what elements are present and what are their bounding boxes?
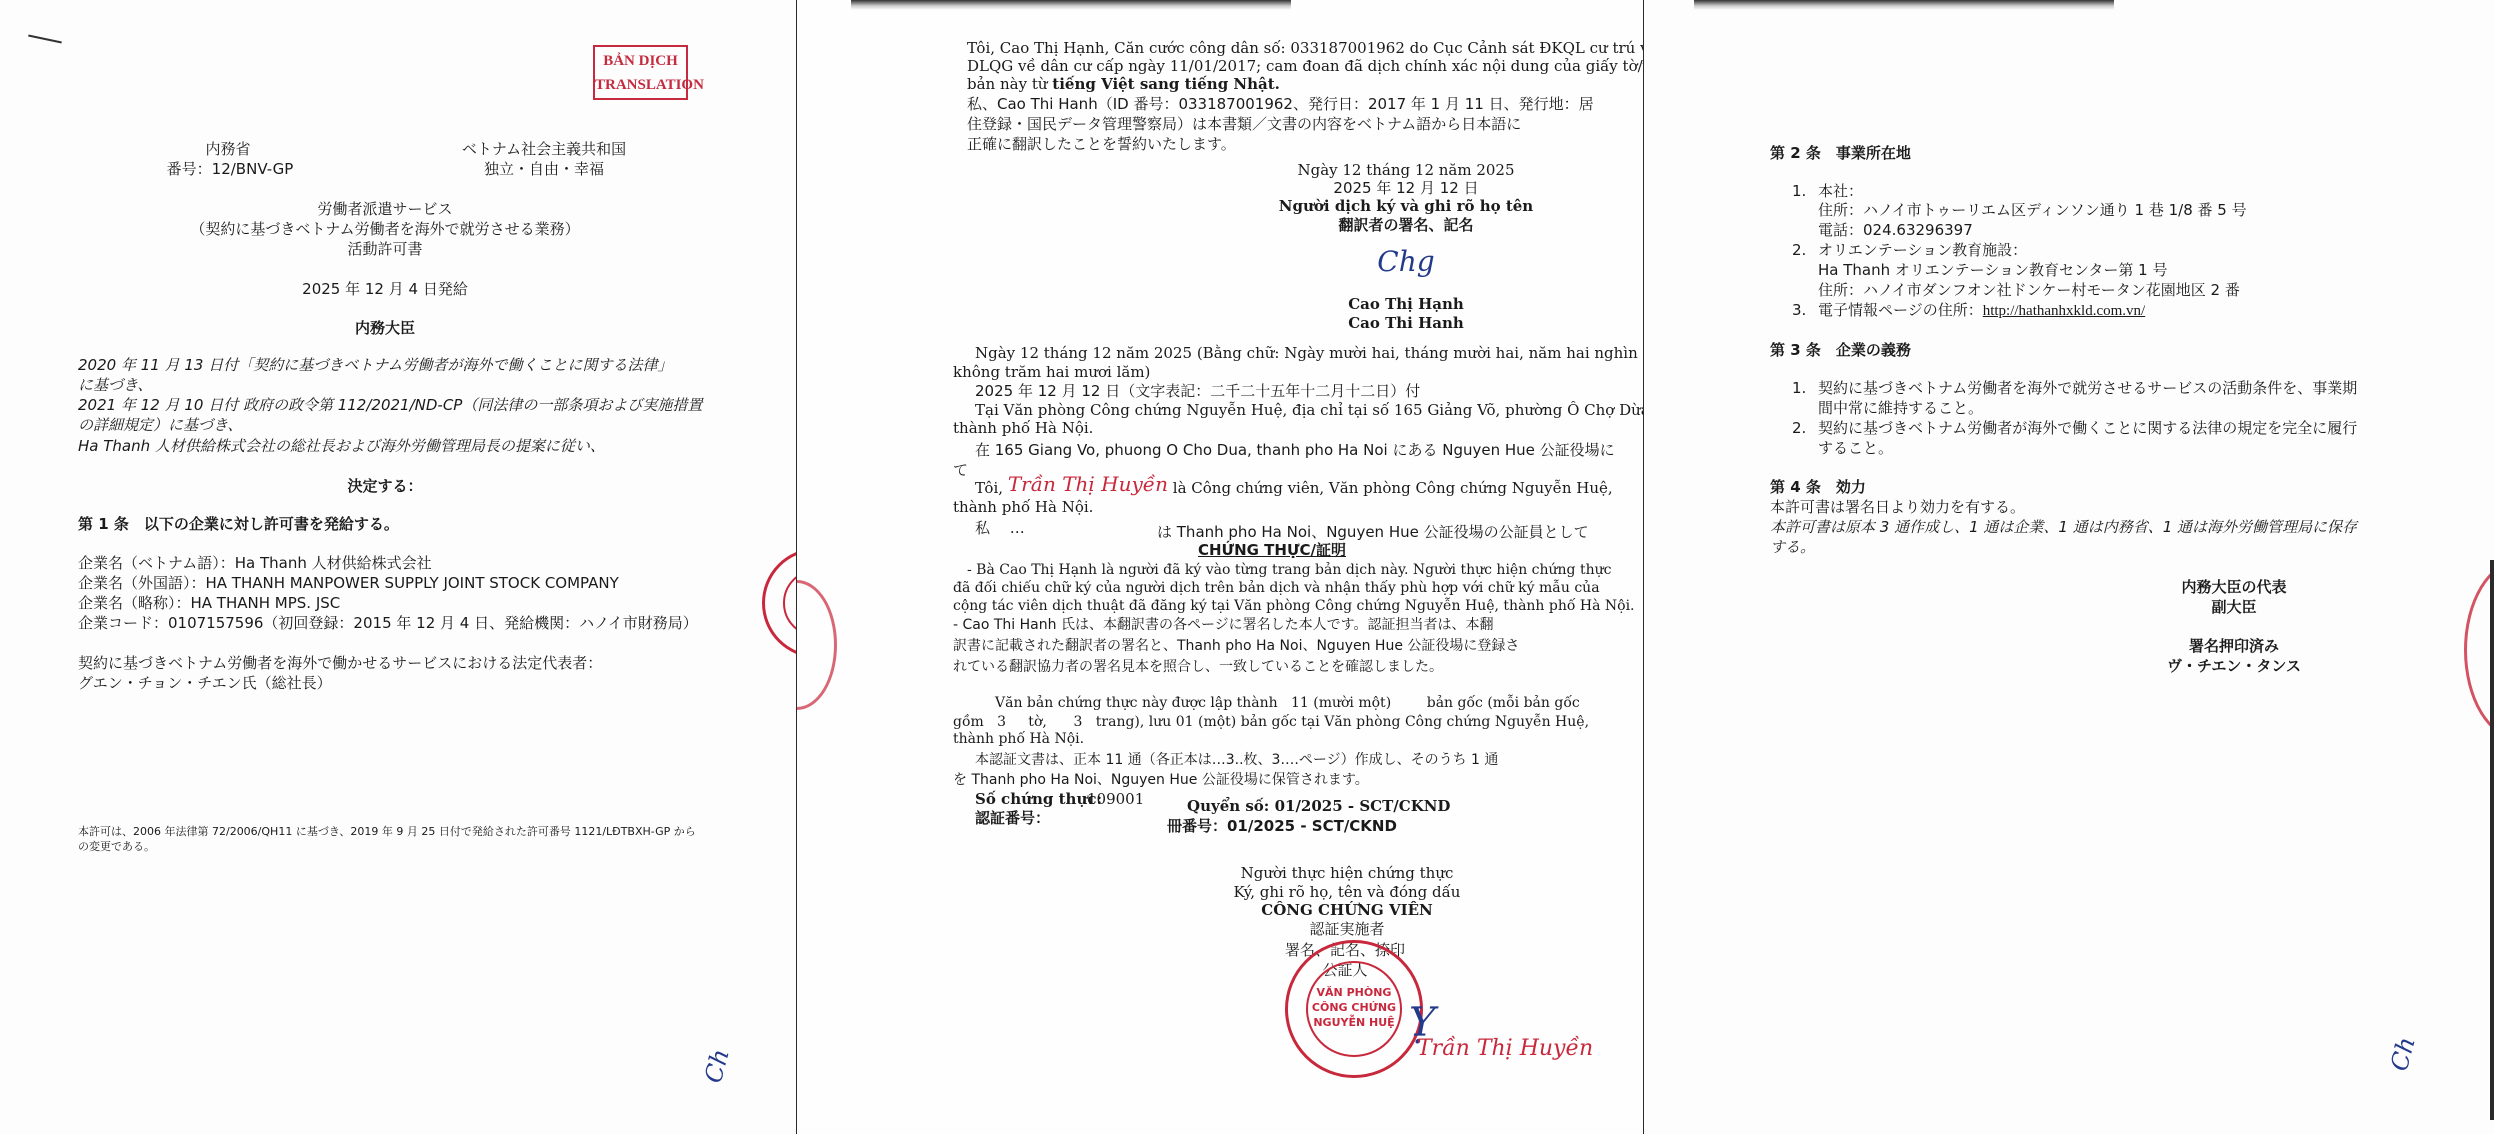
company-name-short: 企業名（略称）：HA THANH MPS. JSC bbox=[78, 593, 340, 613]
translator-name-vn: Cao Thị Hạnh bbox=[1348, 294, 1464, 314]
seal-line: VĂN PHÒNG bbox=[1288, 985, 1420, 1000]
article-3: 第 3 条 企業の義務 bbox=[1770, 340, 1911, 360]
footnote-line: 本許可は、2006 年法律第 72/2006/QH11 に基づき、2019 年 … bbox=[78, 824, 696, 839]
footnote-line: の変更である。 bbox=[78, 839, 155, 854]
effect-statement: 本許可書は署名日より効力を有する。 bbox=[1770, 497, 2025, 517]
partial-seal-stamp bbox=[797, 580, 837, 710]
partial-seal-stamp bbox=[762, 548, 796, 658]
copies-statement: する。 bbox=[1770, 537, 1815, 557]
certify-jp: - Cao Thi Hanh 氏は、本翻訳書の各ページに署名した本人です。認証担… bbox=[953, 615, 1494, 635]
location-item: 3.電子情報ページの住所：http://hathanhxkld.com.vn/ bbox=[1792, 300, 2145, 321]
text: オリエンテーション教育施設： bbox=[1818, 241, 2027, 259]
certify-heading: CHỨNG THỰC/証明 bbox=[1198, 540, 1346, 560]
decides-heading: 決定する： bbox=[347, 476, 422, 496]
national-motto: 独立・自由・幸福 bbox=[484, 159, 604, 179]
basis-line: 2021 年 12 月 10 日付 政府の政令第 112/2021/ND-CP（… bbox=[78, 395, 702, 415]
obligation-continuation: すること。 bbox=[1818, 438, 1893, 458]
basis-line: Ha Thanh 人材供給株式会社の総社長および海外労働管理局長の提案に従い、 bbox=[78, 436, 605, 456]
article-4: 第 4 条 効力 bbox=[1770, 477, 1866, 497]
list-number: 1. bbox=[1792, 181, 1818, 201]
basis-line: に基づき、 bbox=[78, 375, 152, 395]
obligation-item: 1.契約に基づきベトナム労働者を海外で就労させるサービスの活動条件を、事業期 bbox=[1792, 378, 2357, 398]
translator-statement-jp: 私、Cao Thi Hanh（ID 番号：033187001962、発行日：20… bbox=[967, 94, 1594, 114]
copies-statement: 本許可書は原本 3 通作成し、1 通は企業、1 通は内務省、1 通は海外労働管理… bbox=[1770, 517, 2357, 537]
text: 電子情報ページの住所： bbox=[1818, 301, 1983, 319]
office-jp: て bbox=[953, 460, 968, 480]
stamp-line-2: TRANSLATION bbox=[595, 73, 686, 97]
ministry-name: 内務省 bbox=[205, 139, 250, 159]
page-fold-shadow bbox=[1694, 0, 2114, 10]
notary-date-vn: không trăm hai mươi lăm) bbox=[953, 362, 1150, 382]
page-edge bbox=[2490, 560, 2494, 1120]
website-link[interactable]: http://hathanhxkld.com.vn/ bbox=[1983, 303, 2145, 319]
notary-statement-vn: Tôi, Trần Thị Huyền là Công chứng viên, … bbox=[975, 476, 1613, 498]
issuer: 内務大臣 bbox=[355, 318, 415, 338]
list-number: 1. bbox=[1792, 378, 1818, 398]
notary-statement-jp: 私 … bbox=[975, 518, 1025, 538]
translator-statement-vn: DLQG về dân cư cấp ngày 11/01/2017; cam … bbox=[967, 56, 1643, 76]
obligation-item: 2.契約に基づきベトナム労働者が海外で働くことに関する法律の規定を完全に履行 bbox=[1792, 418, 2357, 438]
language-direction: tiếng Việt sang tiếng Nhật. bbox=[1052, 75, 1280, 93]
pen-mark bbox=[28, 34, 62, 43]
office-vn: thành phố Hà Nội. bbox=[953, 418, 1093, 438]
translator-signature: Chg bbox=[1377, 245, 1434, 278]
translator-statement-jp: 正確に翻訳したことを誓約いたします。 bbox=[967, 134, 1236, 154]
seal-center-text: VĂN PHÒNG CÔNG CHỨNG NGUYỄN HUỆ bbox=[1288, 985, 1420, 1030]
permit-number: 番号：12/BNV-GP bbox=[167, 159, 294, 179]
translator-statement-vn: bản này từ tiếng Việt sang tiếng Nhật. bbox=[967, 74, 1280, 94]
certify-jp: 訳書に記載された翻訳者の署名と、Thanh pho Ha Noi、Nguyen … bbox=[953, 636, 1519, 656]
cert-number-label-jp: 認証番号： bbox=[975, 808, 1050, 828]
notary-statement-jp: は Thanh pho Ha Noi、Nguyen Hue 公証役場の公証員とし… bbox=[1157, 522, 1589, 542]
basis-line: 2020 年 11 月 13 日付「契約に基づきベトナム労働者が海外で働くことに… bbox=[78, 355, 672, 375]
issue-date: 2025 年 12 月 4 日発給 bbox=[302, 279, 468, 299]
notary-name-handwritten: Trần Thị Huyền bbox=[1008, 472, 1168, 496]
translator-name-jp: Cao Thi Hanh bbox=[1348, 313, 1464, 333]
notary-title-jp: 認証実施者 bbox=[1309, 919, 1384, 939]
company-code: 企業コード：0107157596（初回登録：2015 年 12 月 4 日、発給… bbox=[78, 613, 698, 633]
cert-number-label: Số chứng thực: bbox=[975, 789, 1102, 809]
performer-label: Người thực hiện chứng thực bbox=[1241, 863, 1454, 883]
representative-label: 契約に基づきベトナム労働者を海外で働かせるサービスにおける法定代表者： bbox=[78, 653, 602, 673]
obligation-continuation: 間中常に維持すること。 bbox=[1818, 398, 1983, 418]
list-number: 3. bbox=[1792, 300, 1818, 320]
page-fold-shadow bbox=[851, 0, 1291, 10]
certify-jp: れている翻訳協力者の署名見本を照合し、一致していることを確認しました。 bbox=[953, 657, 1443, 677]
location-item: 1.本社： bbox=[1792, 181, 1863, 201]
article-2: 第 2 条 事業所在地 bbox=[1770, 143, 1911, 163]
notary-date-jp: 2025 年 12 月 12 日（文字表記：二千二十五年十二月十二日）付 bbox=[975, 381, 1420, 401]
text: 契約に基づきベトナム労働者が海外で働くことに関する法律の規定を完全に履行 bbox=[1818, 419, 2357, 437]
location-phone: 電話：024.63296397 bbox=[1818, 220, 1973, 240]
certify-vn: đã đối chiếu chữ ký của người dịch trên … bbox=[953, 578, 1600, 598]
notary-office-seal: VĂN PHÒNG CÔNG CHỨNG NGUYỄN HUỆ bbox=[1285, 940, 1423, 1078]
translation-stamp: BẢN DỊCH TRANSLATION bbox=[593, 45, 688, 100]
article-1: 第 1 条 以下の企業に対し許可書を発給する。 bbox=[78, 514, 399, 534]
location-address: 住所：ハノイ市ダンフオン社ドンケー村モータン花園地区 2 番 bbox=[1818, 280, 2240, 300]
title-line-1: 労働者派遣サービス bbox=[317, 199, 452, 219]
representative-name: グエン・チョン・チエン氏（総社長） bbox=[78, 673, 332, 693]
stamp-line-1: BẢN DỊCH bbox=[595, 49, 686, 73]
book-number-jp: 冊番号：01/2025 - SCT/CKND bbox=[1167, 816, 1397, 836]
text: 契約に基づきベトナム労働者を海外で就労させるサービスの活動条件を、事業期 bbox=[1818, 379, 2357, 397]
page-3-permit: 第 2 条 事業所在地 1.本社： 住所：ハノイ市トゥーリエム区ディンソン通り … bbox=[1644, 0, 2494, 1134]
signer-name: ヴ・チエン・タンス bbox=[2167, 656, 2301, 676]
page-2-certification: Tôi, Cao Thị Hạnh, Căn cước công dân số:… bbox=[797, 0, 1643, 1134]
copies-vn: thành phố Hà Nội. bbox=[953, 729, 1084, 749]
book-number-vn: Quyển số: 01/2025 - SCT/CKND bbox=[1187, 796, 1450, 816]
text: là Công chứng viên, Văn phòng Công chứng… bbox=[1173, 479, 1613, 497]
initials-signature: Ch bbox=[2385, 1034, 2421, 1074]
location-item: 2.オリエンテーション教育施設： bbox=[1792, 240, 2027, 260]
title-line-3: 活動許可書 bbox=[347, 239, 422, 259]
text: Tôi, bbox=[975, 479, 1003, 497]
signer-position: 副大臣 bbox=[2211, 597, 2256, 617]
basis-line: の詳細規定）に基づき、 bbox=[78, 415, 242, 435]
list-number: 2. bbox=[1792, 240, 1818, 260]
notary-statement-vn: thành phố Hà Nội. bbox=[953, 497, 1093, 517]
performer-instructions: Ký, ghi rõ họ, tên và đóng dấu bbox=[1234, 882, 1461, 902]
list-number: 2. bbox=[1792, 418, 1818, 438]
notary-title-vn: CÔNG CHỨNG VIÊN bbox=[1261, 900, 1432, 920]
sign-label-jp: 翻訳者の署名、記名 bbox=[1338, 215, 1473, 235]
company-name-foreign: 企業名（外国語）：HA THANH MANPOWER SUPPLY JOINT … bbox=[78, 573, 619, 593]
certify-vn: cộng tác viên dịch thuật đã đăng ký tại … bbox=[953, 596, 1635, 616]
date-jp: 2025 年 12 月 12 日 bbox=[1333, 178, 1478, 198]
text: bản này từ bbox=[967, 75, 1052, 93]
title-line-2: （契約に基づきベトナム労働者を海外で就労させる業務） bbox=[190, 219, 579, 239]
translator-statement-vn: Tôi, Cao Thị Hạnh, Căn cước công dân số:… bbox=[967, 38, 1643, 58]
cert-number-value: 109001 bbox=[1087, 789, 1144, 809]
notary-date-vn: Ngày 12 tháng 12 năm 2025 (Bằng chữ: Ngà… bbox=[975, 343, 1638, 363]
signer-title: 内務大臣の代表 bbox=[2181, 577, 2286, 597]
seal-line: NGUYỄN HUỆ bbox=[1288, 1015, 1420, 1030]
country-name: ベトナム社会主義共和国 bbox=[462, 139, 626, 159]
certify-vn: - Bà Cao Thị Hạnh là người đã ký vào từn… bbox=[967, 560, 1611, 580]
signed-sealed: 署名押印済み bbox=[2189, 636, 2279, 656]
date-vn: Ngày 12 tháng 12 năm 2025 bbox=[1297, 160, 1514, 180]
text: 本社： bbox=[1818, 182, 1863, 200]
location-address: 住所：ハノイ市トゥーリエム区ディンソン通り 1 巷 1/8 番 5 号 bbox=[1818, 200, 2247, 220]
initials-signature: Ch bbox=[699, 1046, 735, 1086]
copies-jp: を Thanh pho Ha Noi、Nguyen Hue 公証役場に保管されま… bbox=[953, 770, 1369, 790]
copies-vn: Văn bản chứng thực này được lập thành 11… bbox=[995, 693, 1580, 713]
copies-jp: 本認証文書は、正本 11 通（各正本は…3..枚、3….ページ）作成し、そのうち… bbox=[975, 750, 1498, 770]
office-vn: Tại Văn phòng Công chứng Nguyễn Huệ, địa… bbox=[975, 400, 1643, 420]
notary-name-handwritten: Trần Thị Huyền bbox=[1417, 1036, 1593, 1061]
translator-statement-jp: 住登録・国民データ管理警察局）は本書類／文書の内容をベトナム語から日本語に bbox=[967, 114, 1521, 134]
office-jp: 在 165 Giang Vo, phuong O Cho Dua, thanh … bbox=[975, 440, 1615, 460]
sign-label-vn: Người dịch ký và ghi rõ họ tên bbox=[1279, 196, 1533, 216]
location-name: Ha Thanh オリエンテーション教育センター第 1 号 bbox=[1818, 260, 2167, 280]
company-name-vn: 企業名（ベトナム語）：Ha Thanh 人材供給株式会社 bbox=[78, 553, 432, 573]
seal-line: CÔNG CHỨNG bbox=[1288, 1000, 1420, 1015]
page-1-permit: BẢN DỊCH TRANSLATION 内務省 番号：12/BNV-GP ベト… bbox=[0, 0, 796, 1134]
